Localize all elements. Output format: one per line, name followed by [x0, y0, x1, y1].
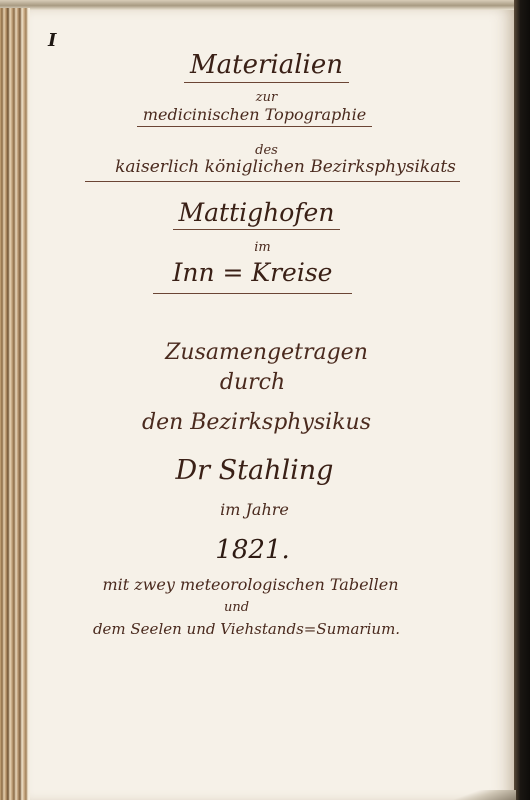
author-line: Dr Stahling	[6, 455, 503, 486]
subtitle-topographie-line: medicinischen Topographie	[6, 105, 503, 127]
connector-zur: zur	[18, 90, 515, 105]
text-und: und	[224, 600, 249, 615]
text-zur: zur	[256, 90, 277, 105]
page-corner-curl	[436, 790, 516, 800]
text-bezirksphysikus: den Bezirksphysikus	[142, 410, 371, 435]
region-line: Inn = Kreise	[4, 258, 501, 294]
manuscript-scan: I Materialien zur medicinischen Topograp…	[0, 0, 530, 800]
place-line: Mattighofen	[8, 198, 505, 230]
text-des: des	[255, 143, 278, 158]
text-im: im	[254, 240, 271, 255]
im-jahre-line: im Jahre	[6, 500, 503, 519]
region-inn-kreise: Inn = Kreise	[153, 258, 353, 294]
title-line: Materialien	[18, 50, 515, 83]
text-im-jahre: im Jahre	[220, 500, 289, 519]
manuscript-page: I Materialien zur medicinischen Topograp…	[18, 10, 515, 800]
summary-note-line: dem Seelen und Viehstands=Sumarium.	[0, 620, 495, 638]
connector-des: des	[18, 143, 515, 158]
author-name: Dr Stahling	[176, 455, 334, 486]
bezirksphysikus-line: den Bezirksphysikus	[8, 410, 505, 435]
year-line: 1821.	[4, 535, 501, 565]
subtitle-bezirksphysikat-line: kaiserlich königlichen Bezirksphysikats	[24, 157, 521, 182]
right-dark-border	[514, 0, 530, 800]
folio-number: I	[48, 30, 56, 51]
binding-page-edges	[0, 8, 30, 800]
title-materialien: Materialien	[184, 50, 349, 83]
und-line: und	[0, 600, 485, 615]
zusamengetragen-line: Zusamengetragen	[18, 340, 515, 365]
text-seelen-viehstands-sumarium: dem Seelen und Viehstands=Sumarium.	[93, 620, 400, 638]
text-zusamengetragen: Zusamengetragen	[165, 340, 368, 365]
year-1821: 1821.	[215, 535, 289, 565]
durch-line: durch	[4, 370, 501, 395]
text-meteorological-tables: mit zwey meteorologischen Tabellen	[102, 575, 398, 594]
tables-note-line: mit zwey meteorologischen Tabellen	[2, 575, 499, 594]
place-mattighofen: Mattighofen	[173, 198, 341, 230]
connector-im: im	[14, 240, 511, 255]
subtitle-topographie: medicinischen Topographie	[137, 105, 372, 127]
text-durch: durch	[220, 370, 285, 395]
subtitle-bezirksphysikat: kaiserlich königlichen Bezirksphysikats	[85, 157, 460, 182]
